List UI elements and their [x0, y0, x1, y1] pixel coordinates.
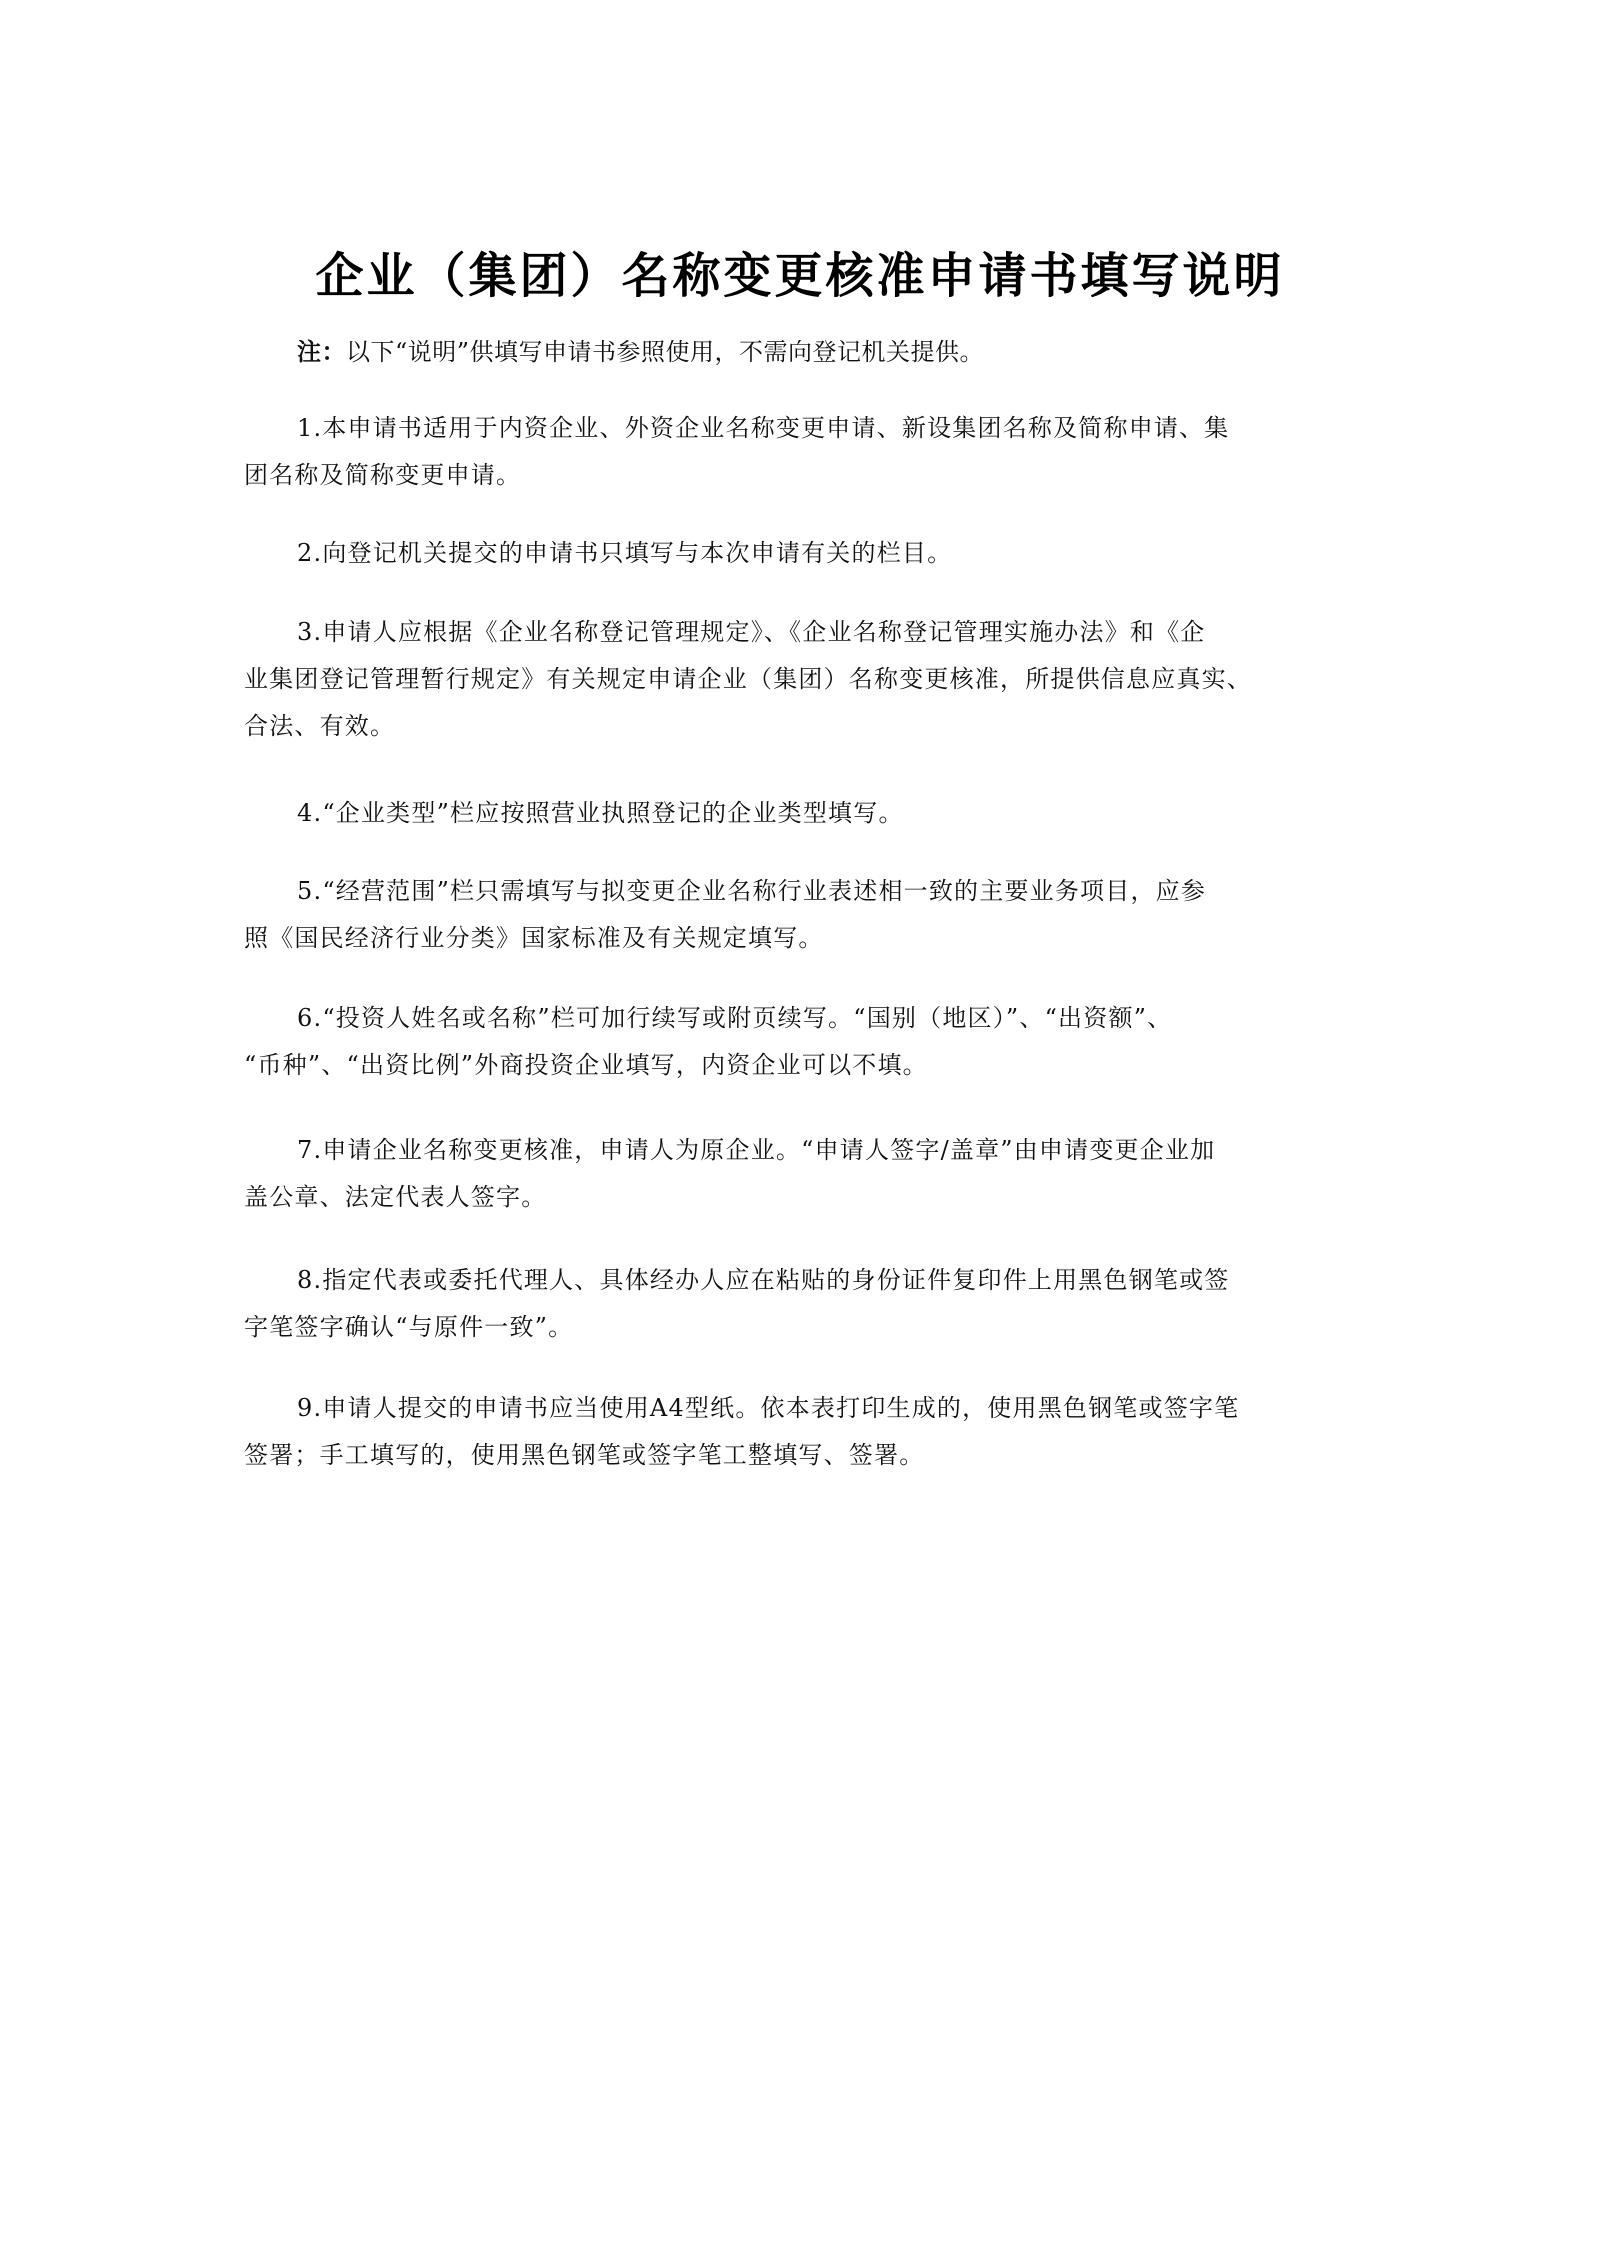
instruction-item-6: 6.“投资人姓名或名称”栏可加行续写或附页续写。“国别（地区）”、“出资额”、 … — [244, 995, 1374, 1089]
instruction-line: 1.本申请书适用于内资企业、外资企业名称变更申请、新设集团名称及简称申请、集 — [244, 405, 1374, 452]
item-text: 申请企业名称变更核准，申请人为原企业。“申请人签字/盖章”由申请变更企业加 — [322, 1136, 1215, 1164]
document-page: 企业（集团）名称变更核准申请书填写说明 注：以下“说明”供填写申请书参照使用，不… — [0, 0, 1600, 2262]
item-text: “币种”、“出资比例”外商投资企业填写，内资企业可以不填。 — [244, 1042, 1374, 1089]
item-number: 4. — [297, 799, 322, 827]
item-number: 8. — [297, 1266, 322, 1294]
instruction-line: 3.申请人应根据《企业名称登记管理规定》、《企业名称登记管理实施办法》和《企 — [244, 609, 1374, 656]
instruction-item-1: 1.本申请书适用于内资企业、外资企业名称变更申请、新设集团名称及简称申请、集 团… — [244, 405, 1374, 499]
item-text: 合法、有效。 — [244, 703, 1374, 750]
item-number: 7. — [297, 1136, 322, 1164]
item-text: 团名称及简称变更申请。 — [244, 452, 1374, 499]
item-text: 申请人提交的申请书应当使用A4型纸。依本表打印生成的，使用黑色钢笔或签字笔 — [322, 1394, 1239, 1422]
instruction-item-2: 2.向登记机关提交的申请书只填写与本次申请有关的栏目。 — [244, 530, 1374, 577]
item-text: “经营范围”栏只需填写与拟变更企业名称行业表述相一致的主要业务项目，应参 — [322, 877, 1206, 905]
instruction-line: 2.向登记机关提交的申请书只填写与本次申请有关的栏目。 — [244, 530, 1374, 577]
instruction-line: 9.申请人提交的申请书应当使用A4型纸。依本表打印生成的，使用黑色钢笔或签字笔 — [244, 1385, 1374, 1432]
item-text: 本申请书适用于内资企业、外资企业名称变更申请、新设集团名称及简称申请、集 — [322, 414, 1229, 442]
item-number: 9. — [297, 1394, 322, 1422]
item-number: 5. — [297, 877, 322, 905]
item-number: 6. — [297, 1004, 322, 1032]
item-text: “企业类型”栏应按照营业执照登记的企业类型填写。 — [322, 799, 903, 827]
note-label: 注： — [297, 337, 346, 366]
item-text: 申请人应根据《企业名称登记管理规定》、《企业名称登记管理实施办法》和《企 — [322, 618, 1205, 646]
instruction-line: 4.“企业类型”栏应按照营业执照登记的企业类型填写。 — [244, 790, 1374, 837]
item-number: 1. — [297, 414, 322, 442]
item-text: 指定代表或委托代理人、具体经办人应在粘贴的身份证件复印件上用黑色钢笔或签 — [322, 1266, 1229, 1294]
item-text: 照《国民经济行业分类》国家标准及有关规定填写。 — [244, 915, 1374, 962]
instruction-line: 6.“投资人姓名或名称”栏可加行续写或附页续写。“国别（地区）”、“出资额”、 — [244, 995, 1374, 1042]
instruction-item-7: 7.申请企业名称变更核准，申请人为原企业。“申请人签字/盖章”由申请变更企业加 … — [244, 1127, 1374, 1221]
instruction-item-3: 3.申请人应根据《企业名称登记管理规定》、《企业名称登记管理实施办法》和《企 业… — [244, 609, 1374, 750]
instruction-item-5: 5.“经营范围”栏只需填写与拟变更企业名称行业表述相一致的主要业务项目，应参 照… — [244, 868, 1374, 962]
instruction-item-4: 4.“企业类型”栏应按照营业执照登记的企业类型填写。 — [244, 790, 1374, 837]
instruction-line: 5.“经营范围”栏只需填写与拟变更企业名称行业表述相一致的主要业务项目，应参 — [244, 868, 1374, 915]
item-text: 向登记机关提交的申请书只填写与本次申请有关的栏目。 — [322, 539, 952, 567]
instruction-line: 7.申请企业名称变更核准，申请人为原企业。“申请人签字/盖章”由申请变更企业加 — [244, 1127, 1374, 1174]
instruction-item-8: 8.指定代表或委托代理人、具体经办人应在粘贴的身份证件复印件上用黑色钢笔或签 字… — [244, 1257, 1374, 1351]
item-text: 签署；手工填写的，使用黑色钢笔或签字笔工整填写、签署。 — [244, 1432, 1374, 1479]
note-line: 注：以下“说明”供填写申请书参照使用，不需向登记机关提供。 — [297, 334, 984, 370]
instruction-item-9: 9.申请人提交的申请书应当使用A4型纸。依本表打印生成的，使用黑色钢笔或签字笔 … — [244, 1385, 1374, 1479]
item-text: 盖公章、法定代表人签字。 — [244, 1174, 1374, 1221]
item-text: “投资人姓名或名称”栏可加行续写或附页续写。“国别（地区）”、“出资额”、 — [322, 1004, 1172, 1032]
item-text: 字笔签字确认“与原件一致”。 — [244, 1304, 1374, 1351]
note-text: 以下“说明”供填写申请书参照使用，不需向登记机关提供。 — [346, 338, 984, 366]
instruction-line: 8.指定代表或委托代理人、具体经办人应在粘贴的身份证件复印件上用黑色钢笔或签 — [244, 1257, 1374, 1304]
document-title: 企业（集团）名称变更核准申请书填写说明 — [0, 244, 1600, 308]
item-text: 业集团登记管理暂行规定》有关规定申请企业（集团）名称变更核准，所提供信息应真实、 — [244, 656, 1374, 703]
item-number: 2. — [297, 539, 322, 567]
item-number: 3. — [297, 618, 322, 646]
